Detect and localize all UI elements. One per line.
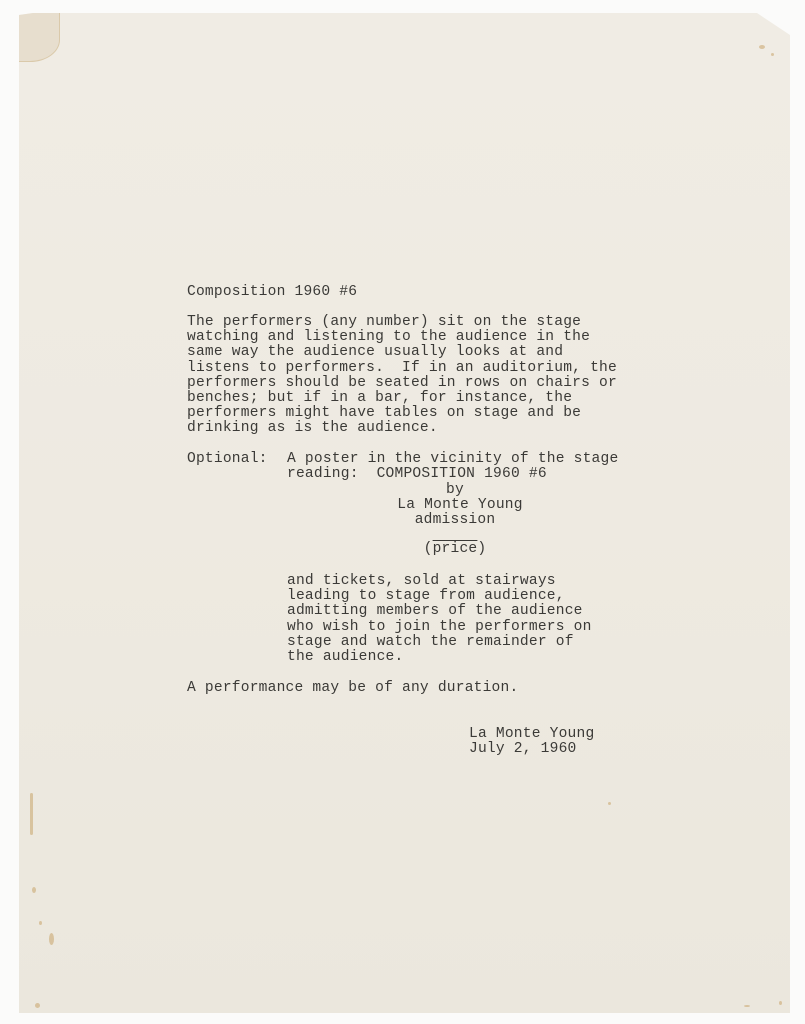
paragraph-line: drinking as is the audience. bbox=[187, 421, 617, 436]
paragraph-line: performers might have tables on stage an… bbox=[187, 406, 617, 421]
stain bbox=[30, 793, 33, 835]
stain bbox=[759, 45, 765, 49]
paragraph-line: the audience. bbox=[287, 650, 592, 665]
reading-prefix: reading: bbox=[287, 466, 359, 482]
stain bbox=[779, 1001, 782, 1005]
stain bbox=[35, 1003, 40, 1008]
poster-title: COMPOSITION 1960 #6 bbox=[377, 466, 547, 482]
paragraph-line: performers should be seated in rows on c… bbox=[187, 376, 617, 391]
torn-corner bbox=[19, 13, 60, 62]
paragraph-line: leading to stage from audience, bbox=[287, 589, 592, 604]
document-title: Composition 1960 #6 bbox=[187, 285, 357, 300]
paragraph-line: listens to performers. If in an auditori… bbox=[187, 361, 617, 376]
stain bbox=[39, 921, 42, 925]
paragraph-line: who wish to join the performers on bbox=[287, 620, 592, 635]
optional-label: Optional: bbox=[187, 452, 268, 467]
poster-admission: admission bbox=[305, 513, 605, 528]
poster-price: (price) bbox=[305, 542, 605, 557]
paragraph-line: stage and watch the remainder of bbox=[287, 635, 592, 650]
signature-name: La Monte Young bbox=[469, 727, 594, 742]
paragraph-line: watching and listening to the audience i… bbox=[187, 330, 617, 345]
stain bbox=[771, 53, 774, 56]
paragraph-line: benches; but if in a bar, for instance, … bbox=[187, 391, 617, 406]
stain bbox=[49, 933, 54, 945]
instructions-paragraph: The performers (any number) sit on the s… bbox=[187, 315, 617, 437]
paragraph-line: The performers (any number) sit on the s… bbox=[187, 315, 617, 330]
poster-by: by bbox=[305, 483, 605, 498]
stain bbox=[32, 887, 36, 893]
price-blank: price bbox=[433, 541, 478, 557]
duration-note: A performance may be of any duration. bbox=[187, 681, 518, 696]
tickets-paragraph: and tickets, sold at stairwaysleading to… bbox=[287, 574, 592, 665]
paragraph-line: same way the audience usually looks at a… bbox=[187, 345, 617, 360]
optional-line-1: A poster in the vicinity of the stage bbox=[287, 452, 618, 467]
paragraph-line: and tickets, sold at stairways bbox=[287, 574, 592, 589]
poster-author: La Monte Young bbox=[310, 498, 610, 513]
optional-line-2: reading: COMPOSITION 1960 #6 bbox=[287, 467, 547, 482]
stain bbox=[744, 1005, 750, 1007]
paragraph-line: admitting members of the audience bbox=[287, 604, 592, 619]
stain bbox=[608, 802, 611, 805]
signature-date: July 2, 1960 bbox=[469, 742, 594, 757]
signature-block: La Monte YoungJuly 2, 1960 bbox=[469, 727, 594, 757]
